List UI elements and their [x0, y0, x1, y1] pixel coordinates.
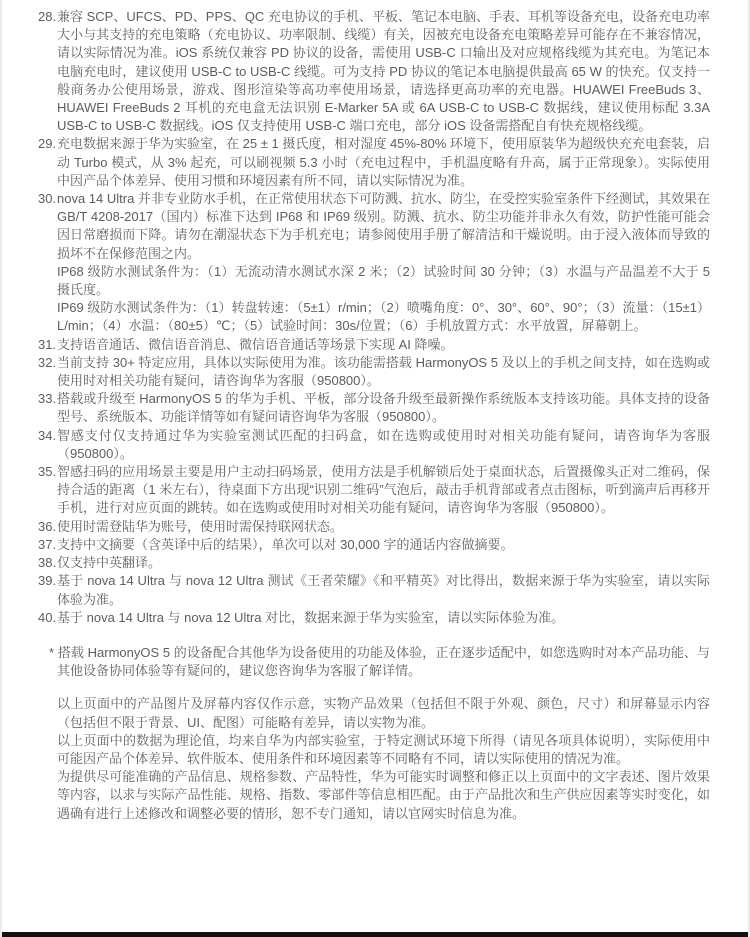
asterisk-marker: * [49, 645, 54, 660]
footnote-text: 智感支付仅支持通过华为实验室测试匹配的扫码盒，如在选购或使用时对相关功能有疑问，… [57, 427, 710, 463]
footnote-number: 33. [38, 390, 56, 408]
footnote-text: 兼容 SCP、UFCS、PD、PPS、QC 充电协议的手机、平板、笔记本电脑、手… [57, 8, 710, 135]
disclaimer-content: 28.兼容 SCP、UFCS、PD、PPS、QC 充电协议的手机、平板、笔记本电… [2, 0, 748, 823]
product-disclaimer-page: 28.兼容 SCP、UFCS、PD、PPS、QC 充电协议的手机、平板、笔记本电… [0, 0, 750, 937]
asterisk-note-text: 搭载 HarmonyOS 5 的设备配合其他华为设备使用的功能及体验，正在逐步适… [57, 645, 710, 678]
footnote-number: 40. [38, 609, 56, 627]
footnote-item: 39.基于 nova 14 Ultra 与 nova 12 Ultra 测试《王… [38, 572, 710, 608]
footnote-number: 32. [38, 354, 56, 372]
footer-bar [2, 932, 748, 937]
footnote-item: 32.当前支持 30+ 特定应用，具体以实际使用为准。该功能需搭载 Harmon… [38, 354, 710, 390]
footnote-number: 36. [38, 518, 56, 536]
footnote-number: 38. [38, 554, 56, 572]
footnote-text: IP68 级防水测试条件为：（1）无流动清水测试水深 2 米；（2）试验时间 3… [57, 263, 710, 299]
disclaimer-paragraph: 以上页面中的数据为理论值，均来自华为内部实验室，于特定测试环境下所得（请见各项具… [57, 732, 710, 768]
footnote-text: 支持中文摘要（含英译中后的结果），单次可以对 30,000 字的通话内容做摘要。 [57, 536, 710, 554]
footnote-item: 40.基于 nova 14 Ultra 与 nova 12 Ultra 对比，数… [38, 609, 710, 627]
footnote-item: 30.nova 14 Ultra 并非专业防水手机，在正常使用状态下可防溅、抗水… [38, 190, 710, 336]
footnote-number: 37. [38, 536, 56, 554]
disclaimer-paragraph: 以上页面中的产品图片及屏幕内容仅作示意，实物产品效果（包括但不限于外观、颜色，尺… [57, 695, 710, 731]
footnote-item: 35.智感扫码的应用场景主要是用户主动扫码场景，使用方法是手机解锁后处于桌面状态… [38, 463, 710, 518]
footnote-item: 33.搭载或升级至 HarmonyOS 5 的华为手机、平板，部分设备升级至最新… [38, 390, 710, 426]
footnote-item: 36.使用时需登陆华为账号，使用时需保持联网状态。 [38, 518, 710, 536]
footnote-text: 仅支持中英翻译。 [57, 554, 710, 572]
asterisk-note: * 搭载 HarmonyOS 5 的设备配合其他华为设备使用的功能及体验，正在逐… [49, 644, 710, 680]
footnote-item: 28.兼容 SCP、UFCS、PD、PPS、QC 充电协议的手机、平板、笔记本电… [38, 8, 710, 135]
footnote-text: nova 14 Ultra 并非专业防水手机，在正常使用状态下可防溅、抗水、防尘… [57, 190, 710, 263]
footnote-item: 37.支持中文摘要（含英译中后的结果），单次可以对 30,000 字的通话内容做… [38, 536, 710, 554]
footnote-text: 支持语音通话、微信语音消息、微信语音通话等场景下实现 AI 降噪。 [57, 336, 710, 354]
footnote-number: 34. [38, 427, 56, 445]
footnote-text: 基于 nova 14 Ultra 与 nova 12 Ultra 测试《王者荣耀… [57, 572, 710, 608]
footnote-number: 29. [38, 135, 56, 153]
footnote-item: 29.充电数据来源于华为实验室，在 25 ± 1 摄氏度，相对湿度 45%-80… [38, 135, 710, 190]
footnote-text: 充电数据来源于华为实验室，在 25 ± 1 摄氏度，相对湿度 45%-80% 环… [57, 135, 710, 190]
footnote-item: 31.支持语音通话、微信语音消息、微信语音通话等场景下实现 AI 降噪。 [38, 336, 710, 354]
footnote-item: 34.智感支付仅支持通过华为实验室测试匹配的扫码盒，如在选购或使用时对相关功能有… [38, 427, 710, 463]
footnote-number: 31. [38, 336, 56, 354]
footnote-text: 搭载或升级至 HarmonyOS 5 的华为手机、平板，部分设备升级至最新操作系… [57, 390, 710, 426]
disclaimer-paragraph: 为提供尽可能准确的产品信息、规格参数、产品特性，华为可能实时调整和修正以上页面中… [57, 768, 710, 823]
footnote-text: 智感扫码的应用场景主要是用户主动扫码场景，使用方法是手机解锁后处于桌面状态，后置… [57, 463, 710, 518]
footnote-text: IP69 级防水测试条件为：（1）转盘转速：（5±1）r/min；（2）喷嘴角度… [57, 299, 710, 335]
general-disclaimer-block: 以上页面中的产品图片及屏幕内容仅作示意，实物产品效果（包括但不限于外观、颜色，尺… [57, 695, 710, 822]
footnote-number: 35. [38, 463, 56, 481]
footnote-item: 38.仅支持中英翻译。 [38, 554, 710, 572]
footnote-number: 30. [38, 190, 56, 208]
footnote-text: 当前支持 30+ 特定应用，具体以实际使用为准。该功能需搭载 HarmonyOS… [57, 354, 710, 390]
footnote-number: 39. [38, 572, 56, 590]
footnote-list: 28.兼容 SCP、UFCS、PD、PPS、QC 充电协议的手机、平板、笔记本电… [38, 8, 710, 627]
footnote-text: 使用时需登陆华为账号，使用时需保持联网状态。 [57, 518, 710, 536]
footnote-number: 28. [38, 8, 56, 26]
footnote-text: 基于 nova 14 Ultra 与 nova 12 Ultra 对比，数据来源… [57, 609, 710, 627]
